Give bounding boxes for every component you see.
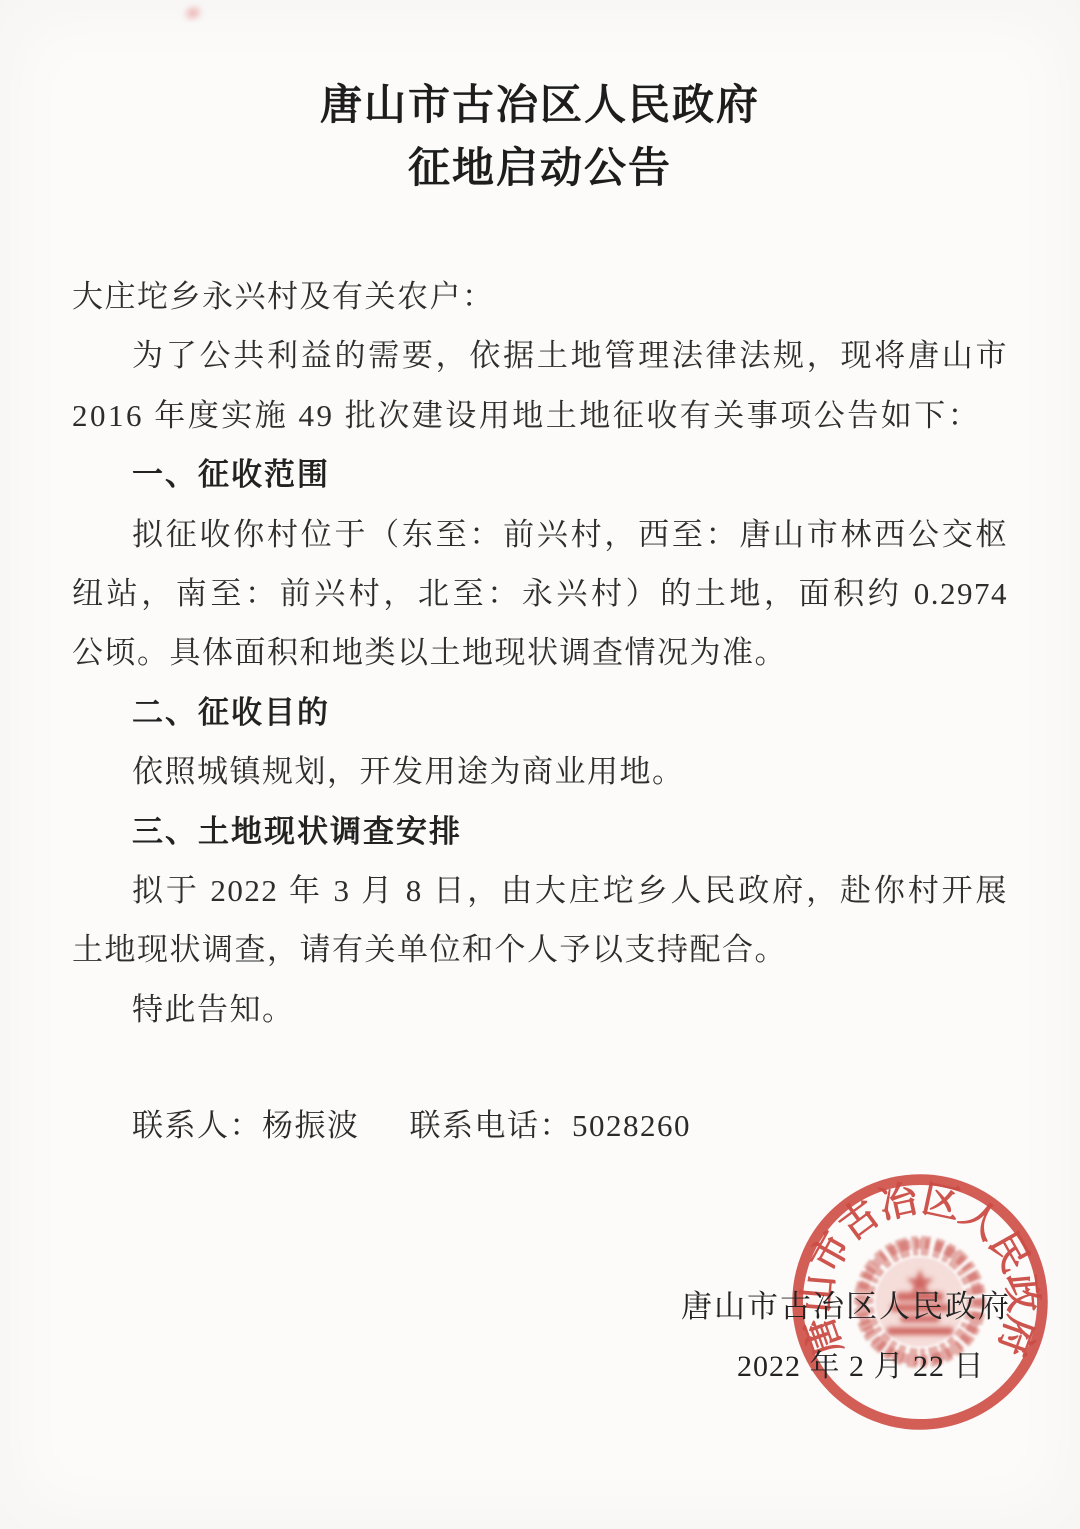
contact-person-name: 杨振波 (262, 1108, 360, 1143)
contact-phone-label: 联系电话： (410, 1108, 573, 1143)
body-line: 拟于 2022 年 3 月 8 日，由大庄坨乡人民政府，赴你村开展 (72, 861, 1008, 920)
section-heading-1: 一、征收范围 (72, 445, 1008, 504)
contact-person-label: 联系人： (132, 1108, 262, 1143)
salutation-line: 大庄坨乡永兴村及有关农户： (72, 267, 1008, 326)
vertical-gap (72, 1039, 1008, 1096)
contact-phone-number: 5028260 (572, 1108, 691, 1143)
document-title-line1: 唐山市古冶区人民政府 (0, 75, 1080, 138)
closing-line: 特此告知。 (72, 980, 1008, 1039)
body-line: 为了公共利益的需要，依据土地管理法律法规，现将唐山市 (72, 326, 1008, 385)
signature-issuer: 唐山市古冶区人民政府 (681, 1290, 1011, 1324)
document-title-line2: 征地启动公告 (0, 138, 1080, 201)
section-heading-3: 三、土地现状调查安排 (72, 802, 1008, 861)
body-line: 2016 年度实施 49 批次建设用地土地征收有关事项公告如下： (72, 386, 1008, 445)
body-line: 公顷。具体面积和地类以土地现状调查情况为准。 (72, 623, 1008, 682)
document-page: 唐山市古冶区人民政府 征地启动公告 大庄坨乡永兴村及有关农户： 为了公共利益的需… (0, 0, 1080, 1529)
section-heading-2: 二、征收目的 (72, 683, 1008, 742)
body-line: 纽站，南至：前兴村，北至：永兴村）的土地，面积约 0.2974 (72, 564, 1008, 623)
signature-date: 2022 年 2 月 22 日 (737, 1350, 985, 1384)
document-body: 大庄坨乡永兴村及有关农户： 为了公共利益的需要，依据土地管理法律法规，现将唐山市… (0, 267, 1080, 1155)
body-line: 土地现状调查，请有关单位和个人予以支持配合。 (72, 920, 1008, 979)
body-line: 依照城镇规划，开发用途为商业用地。 (72, 742, 1008, 801)
scan-smudge (180, 1, 207, 25)
contact-line: 联系人：杨振波联系电话：5028260 (72, 1096, 1008, 1155)
body-line: 拟征收你村位于（东至：前兴村，西至：唐山市林西公交枢 (72, 505, 1008, 564)
document-title: 唐山市古冶区人民政府 征地启动公告 (0, 75, 1080, 201)
